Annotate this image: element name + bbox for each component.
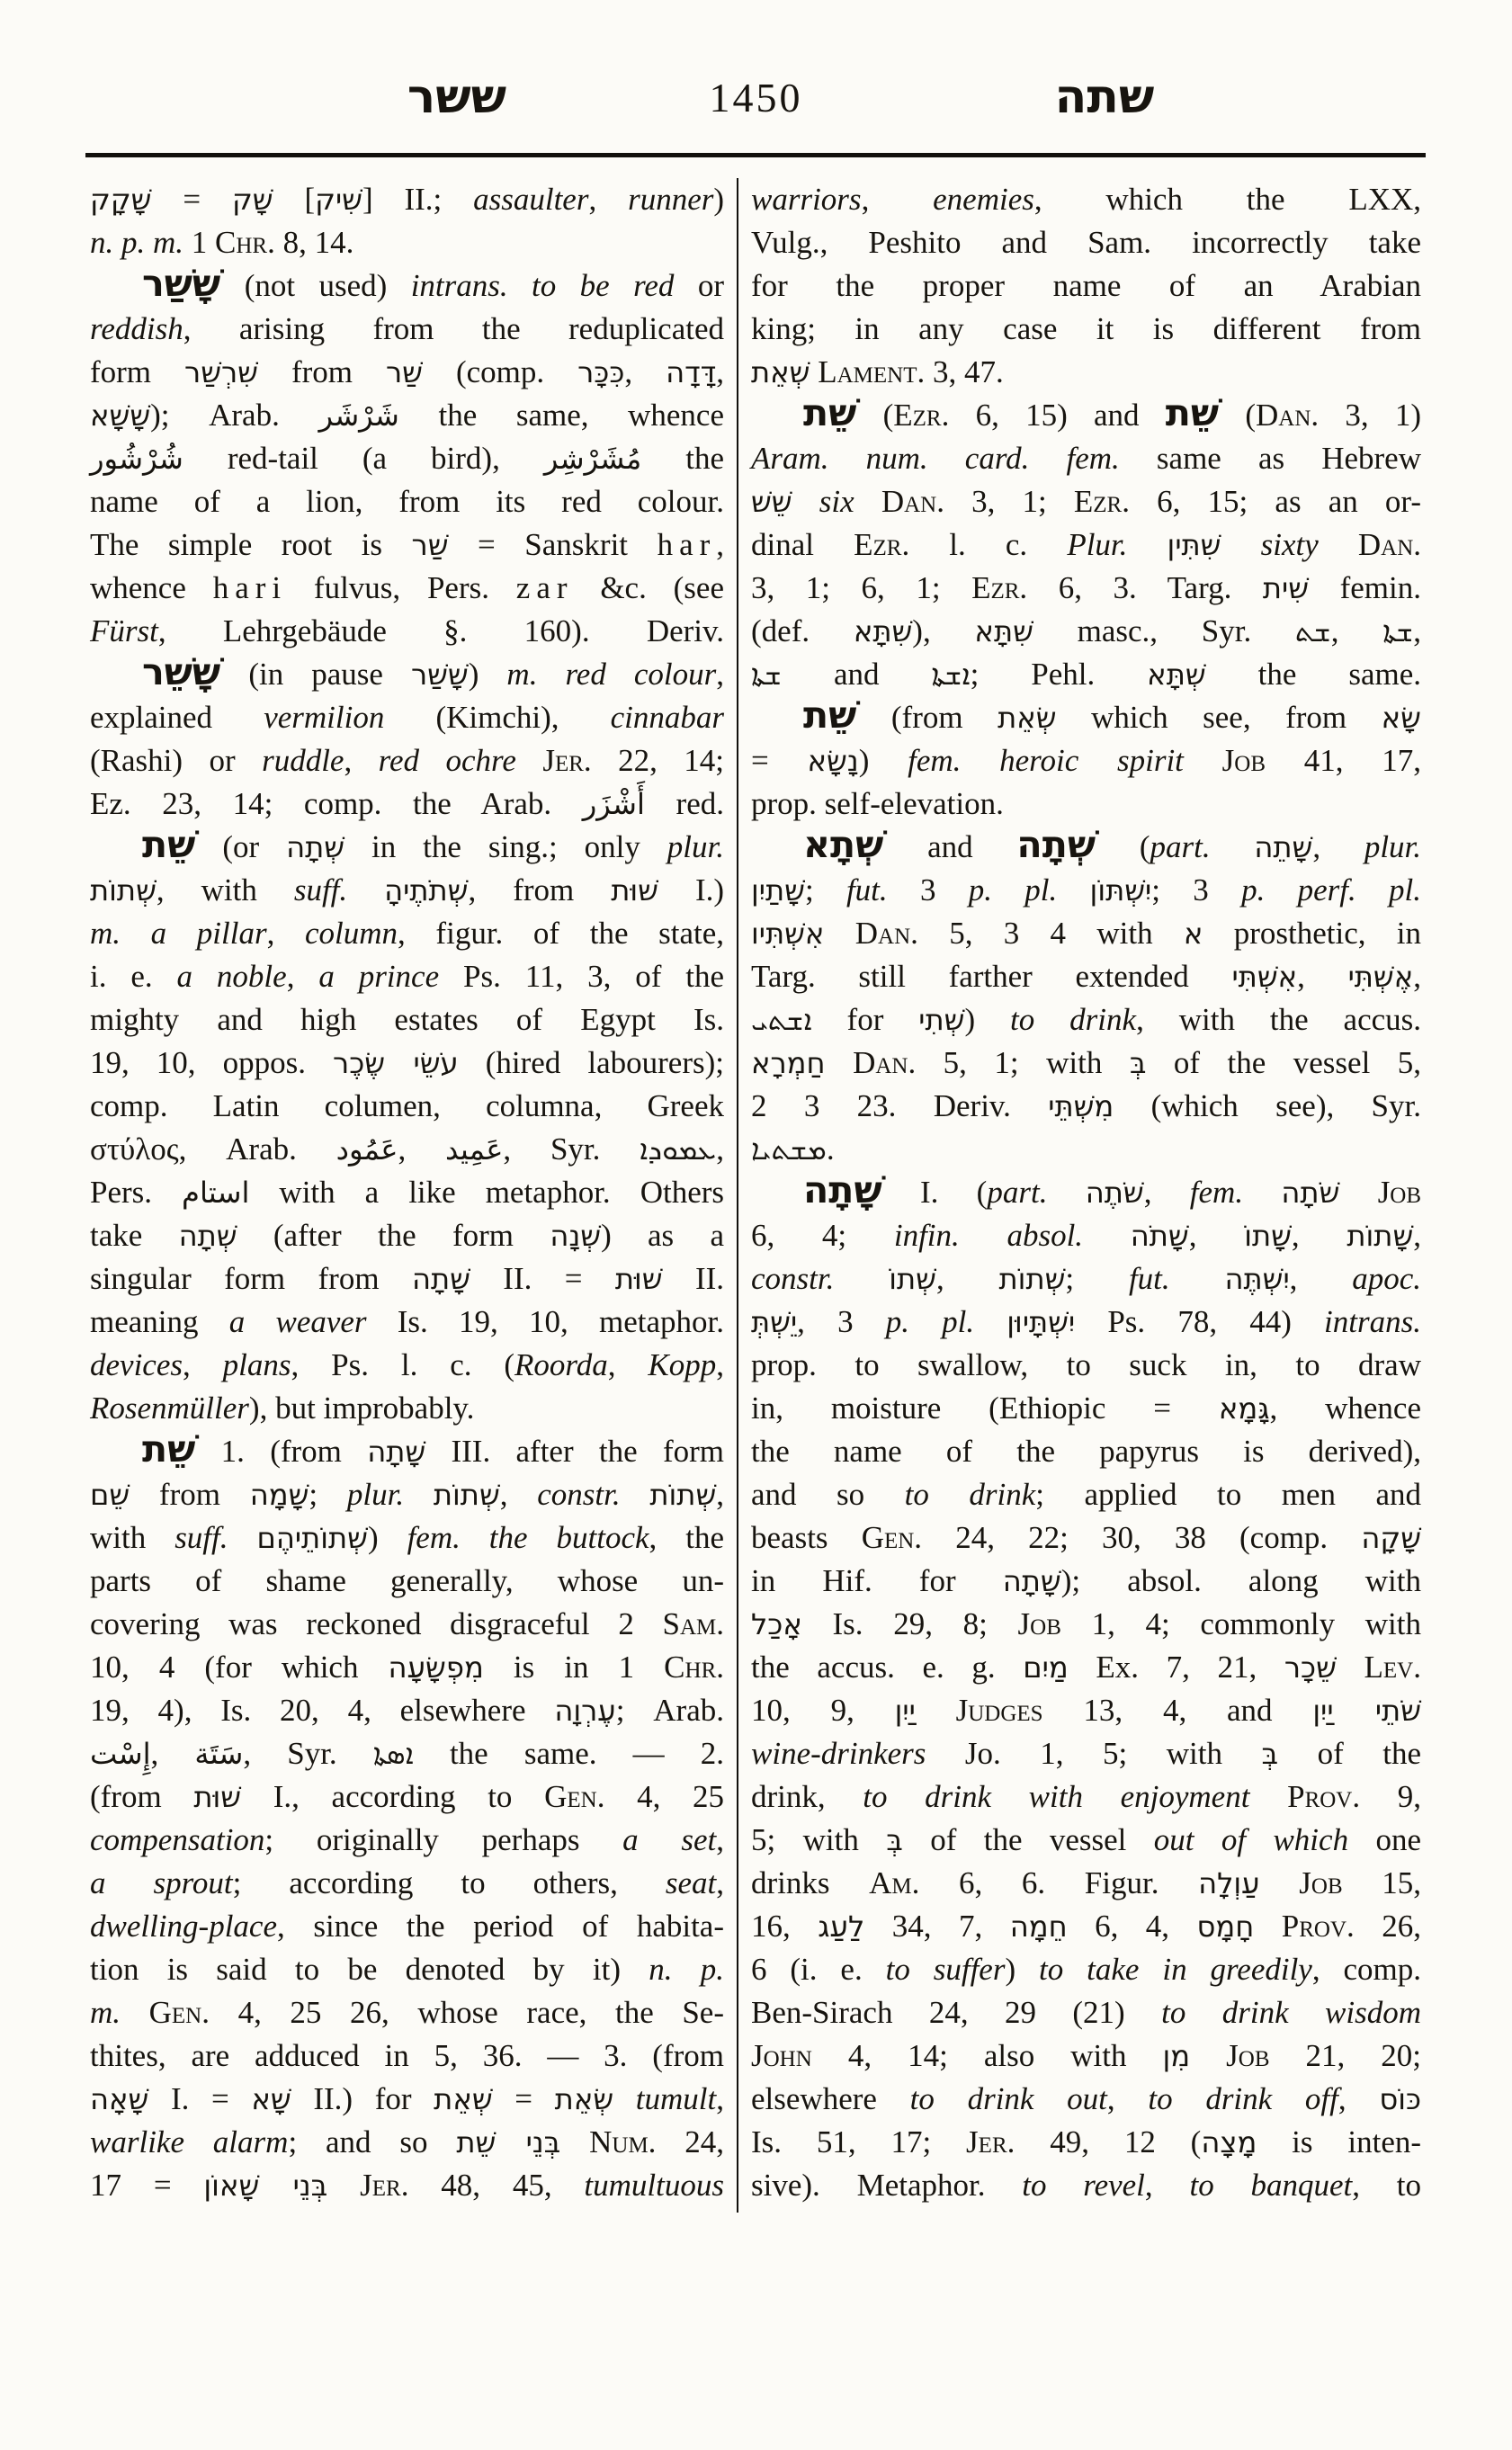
text-line: אִשְׁתִּיו Dan. 5, 3 4 with א prosthetic… <box>751 912 1421 955</box>
text-line: comp. Latin columen, columna, Greek <box>90 1085 724 1128</box>
text-line: Ez. 23, 14; comp. the Arab. أَشْزَر red. <box>90 782 724 826</box>
text-line: שָׁקָק = שָׁק [שִׁיק] II.; assaulter, ru… <box>90 178 724 221</box>
text-line: drinks Am. 6, 6. Figur. עַוְלָה Job 15, <box>751 1862 1421 1905</box>
text-line: חַמְרָא Dan. 5, 1; with בְּ of the vesse… <box>751 1042 1421 1085</box>
text-line: (Rashi) or ruddle, red ochre Jer. 22, 14… <box>90 739 724 782</box>
text-line: in Hif. for שָׁתָה); absol. along with <box>751 1560 1421 1603</box>
catchword-right: שתה <box>1055 74 1155 121</box>
text-line: wine-drinkers Jo. 1, 5; with בְּ of the <box>751 1732 1421 1775</box>
text-line: 6 (i. e. to suffer) to take in greedily,… <box>751 1948 1421 1991</box>
text-line: covering was reckoned disgraceful 2 Sam. <box>90 1603 724 1646</box>
text-line: tion is said to be denoted by it) n. p. <box>90 1948 724 1991</box>
text-line: ܡܫܬܝܐ. <box>751 1128 1421 1171</box>
text-line: a sprout; according to others, seat, <box>90 1862 724 1905</box>
page-number: 1450 <box>710 77 803 119</box>
text-line: mighty and high estates of Egypt Is. <box>90 998 724 1042</box>
text-line: thites, are adduced in 5, 36. — 3. (from <box>90 2034 724 2078</box>
text-line: = נָשָׂא) fem. heroic spirit Job 41, 17, <box>751 739 1421 782</box>
text-line: 10, 4 (for which מִפְשָׂעָה is in 1 Chr. <box>90 1646 724 1689</box>
text-line: στύλος, Arab. عَمُود, عَمِيد, Syr. ܥܡܘܕܐ… <box>90 1128 724 1171</box>
text-line: (def. שִׁתָּא), שִׁתָּא masc., Syr. ܫܬ, … <box>751 610 1421 653</box>
text-line: שָׁשָׁא); Arab. شَرْشَر the same, whence <box>90 394 724 437</box>
text-line: devices, plans, Ps. l. c. (Roorda, Kopp, <box>90 1344 724 1387</box>
text-line: 3, 1; 6, 1; Ezr. 6, 3. Targ. שִׁית femin… <box>751 567 1421 610</box>
text-line: explained vermilion (Kimchi), cinnabar <box>90 696 724 739</box>
text-line: Vulg., Peshito and Sam. incorrectly take <box>751 221 1421 264</box>
text-line: for the proper name of an Arabian <box>751 264 1421 308</box>
text-line: 19, 10, oppos. עֹשֵׂי שֶׂכֶר (hired labo… <box>90 1042 724 1085</box>
running-head: ששר 1450 שתה <box>0 67 1512 133</box>
text-line: i. e. a noble, a prince Ps. 11, 3, of th… <box>90 955 724 998</box>
text-line: singular form from שָׁתָה II. = שׁוּת II… <box>90 1257 724 1301</box>
dictionary-page: ששר 1450 שתה שָׁקָק = שָׁק [שִׁיק] II.; … <box>0 0 1512 2450</box>
text-line: warlike alarm; and so בְּנֵי שֵׁת Num. 2… <box>90 2121 724 2164</box>
text-line: שָׁשַׁר (not used) intrans. to be red or <box>90 264 724 308</box>
text-line: Is. 51, 17; Jer. 49, 12 (מָצָה is inten- <box>751 2121 1421 2164</box>
text-line: (from שׁוּת I., according to Gen. 4, 25 <box>90 1775 724 1819</box>
text-line: in, moisture (Ethiopic = גָּמָא, whence <box>751 1387 1421 1430</box>
catchword-left: ששר <box>407 74 506 121</box>
text-line: Rosenmüller), but improbably. <box>90 1387 724 1430</box>
text-line: king; in any case it is different from <box>751 308 1421 351</box>
text-line: prop. to swallow, to suck in, to draw <box>751 1344 1421 1387</box>
text-line: Fürst, Lehrgebäude §. 160). Deriv. <box>90 610 724 653</box>
text-line: Aram. num. card. fem. same as Hebrew <box>751 437 1421 480</box>
text-columns: שָׁקָק = שָׁק [שִׁיק] II.; assaulter, ru… <box>90 178 1421 2213</box>
text-line: ܐܫܬܝ for שְׁתִי) to drink, with the accu… <box>751 998 1421 1042</box>
text-line: שֵׁת 1. (from שָׁתָה III. after the form <box>90 1430 724 1473</box>
text-line: and so to drink; applied to men and <box>751 1473 1421 1516</box>
text-line: 17 = בְּנֵי שָׁאוֹן Jer. 48, 45, tumultu… <box>90 2164 724 2207</box>
text-line: ܫܬܐ and ܐܫܬܐ; Pehl. שְׁתָּא the same. <box>751 653 1421 696</box>
text-line: the name of the papyrus is derived), <box>751 1430 1421 1473</box>
text-line: John 4, 14; also with מִן Job 21, 20; <box>751 2034 1421 2078</box>
text-line: compensation; originally perhaps a set, <box>90 1819 724 1862</box>
header-rule <box>85 153 1426 157</box>
text-line: the accus. e. g. מַיִם Ex. 7, 21, שֵׁכָר… <box>751 1646 1421 1689</box>
text-line: drink, to drink with enjoyment Prov. 9, <box>751 1775 1421 1819</box>
text-line: take שְׁתָה (after the form שְׁנָה) as a <box>90 1214 724 1257</box>
text-line: 10, 9, יַיִן Judges 13, 4, and שֹׁתֵי יַ… <box>751 1689 1421 1732</box>
text-line: 19, 4), Is. 20, 4, elsewhere עֶרְוָה; Ar… <box>90 1689 724 1732</box>
text-line: The simple root is שַׁר = Sanskrit har, <box>90 523 724 567</box>
text-line: prop. self-elevation. <box>751 782 1421 826</box>
column-divider <box>737 178 738 2213</box>
text-line: 6, 4; infin. absol. שָׁתֹה, שָׁתוֹ, שָׁת… <box>751 1214 1421 1257</box>
text-line: شُرْشُور red-tail (a bird), مُشَرْشِر th… <box>90 437 724 480</box>
text-line: m. Gen. 4, 25 26, whose race, the Se- <box>90 1991 724 2034</box>
text-line: warriors, enemies, which the LXX, <box>751 178 1421 221</box>
text-line: reddish, arising from the reduplicated <box>90 308 724 351</box>
text-line: שָׁתַיִן; fut. 3 p. pl. יִשְׁתּוֹן; 3 p.… <box>751 869 1421 912</box>
text-line: שָׁתָה I. (part. שֹׁתֶה, fem. שֹׁתָה Job <box>751 1171 1421 1214</box>
column-left: שָׁקָק = שָׁק [שִׁיק] II.; assaulter, ru… <box>90 178 724 2207</box>
text-line: dinal Ezr. l. c. Plur. שִׁתִּין sixty Da… <box>751 523 1421 567</box>
text-line: 16, לַעַג 34, 7, חֵמָה 6, 4, חָמָס Prov.… <box>751 1905 1421 1948</box>
text-line: parts of shame generally, whose un- <box>90 1560 724 1603</box>
text-line: m. a pillar, column, figur. of the state… <box>90 912 724 955</box>
text-line: 2 3 23. Deriv. מִשְׁתֵּי (which see), Sy… <box>751 1085 1421 1128</box>
text-line: שֵׁת (or שְׁתָה in the sing.; only plur. <box>90 826 724 869</box>
text-line: Pers. استام with a like metaphor. Others <box>90 1171 724 1214</box>
text-line: n. p. m. 1 Chr. 8, 14. <box>90 221 724 264</box>
text-line: sive). Metaphor. to revel, to banquet, t… <box>751 2164 1421 2207</box>
text-line: שָׁאָה I. = שָׁא II.) for שְׁאֵת = שְׂאֵ… <box>90 2078 724 2121</box>
text-line: إِسْت, سَتَة, Syr. ܐܣܬܐ the same. — 2. <box>90 1732 724 1775</box>
text-line: שֵׁם from שָׁמָה; plur. שְׁתוֹת, constr.… <box>90 1473 724 1516</box>
text-line: form שִׁרְשַׁר from שַׁר (comp. כִּכָּר,… <box>90 351 724 394</box>
text-line: Ben-Sirach 24, 29 (21) to drink wisdom <box>751 1991 1421 2034</box>
text-line: שֵׁת (from שְׂאֵת which see, from שָׂא <box>751 696 1421 739</box>
column-right: warriors, enemies, which the LXX,Vulg., … <box>751 178 1421 2207</box>
text-line: שְׁתָא and שְׁתָה (part. שָׁתֵה, plur. <box>751 826 1421 869</box>
text-line: constr. שְׁתוֹ, שְׁתוֹת; fut. יִשְׁתֶּה,… <box>751 1257 1421 1301</box>
text-line: dwelling-place, since the period of habi… <box>90 1905 724 1948</box>
text-line: שָׁשֵׁר (in pause שָׁשַׁר) m. red colour… <box>90 653 724 696</box>
text-line: with suff. שְׁתוֹתֵיהֶם) fem. the buttoc… <box>90 1516 724 1560</box>
text-line: elsewhere to drink out, to drink off, כּ… <box>751 2078 1421 2121</box>
text-line: meaning a weaver Is. 19, 10, metaphor. <box>90 1301 724 1344</box>
text-line: שְׁתוֹת, with suff. שְׁתֹתֶיהָ, from שׁו… <box>90 869 724 912</box>
text-line: אָכַל Is. 29, 8; Job 1, 4; commonly with <box>751 1603 1421 1646</box>
text-line: שֵׁשׁ six Dan. 3, 1; Ezr. 6, 15; as an o… <box>751 480 1421 523</box>
text-line: Targ. still farther extended אִשְׁתִּי, … <box>751 955 1421 998</box>
text-line: יֵשְׁתְּ, 3 p. pl. יִשְׁתָּיוּן Ps. 78, … <box>751 1301 1421 1344</box>
text-line: name of a lion, from its red colour. <box>90 480 724 523</box>
text-line: 5; with בְּ of the vessel out of which o… <box>751 1819 1421 1862</box>
text-line: שֵׁת (Ezr. 6, 15) and שֵׁת (Dan. 3, 1) <box>751 394 1421 437</box>
text-line: שְׁאֵת Lament. 3, 47. <box>751 351 1421 394</box>
text-line: whence hari fulvus, Pers. zar &c. (see <box>90 567 724 610</box>
text-line: beasts Gen. 24, 22; 30, 38 (comp. שָׁקָה <box>751 1516 1421 1560</box>
